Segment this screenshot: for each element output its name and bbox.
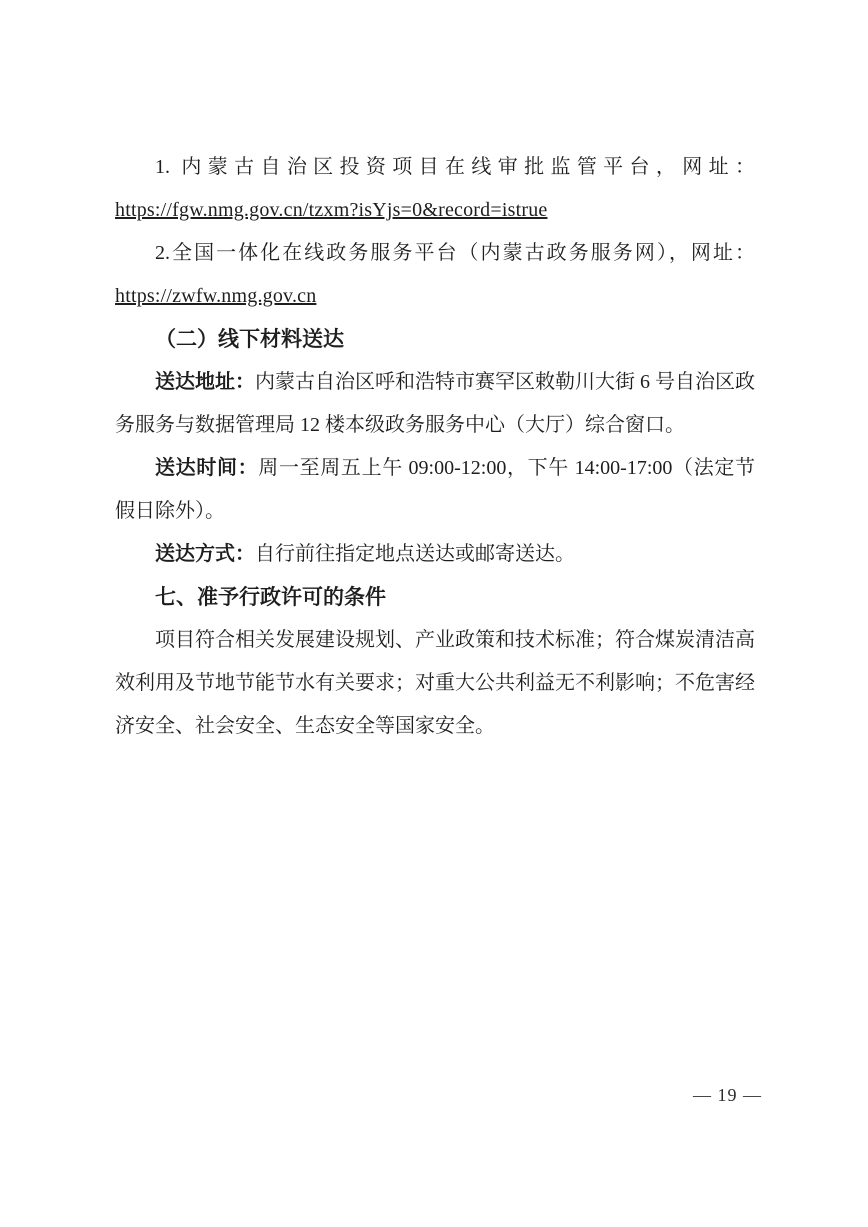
zwfw-platform-link[interactable]: https://zwfw.nmg.gov.cn <box>115 285 316 307</box>
paragraph-platform-2: 2.全国一体化在线政务服务平台（内蒙古政务服务网），网址： <box>115 232 755 275</box>
delivery-address-label: 送达地址： <box>155 371 255 393</box>
delivery-method-text: 自行前往指定地点送达或邮寄送达。 <box>255 543 575 565</box>
heading-offline-delivery: （二）线下材料送达 <box>115 318 755 361</box>
paragraph-delivery-method: 送达方式：自行前往指定地点送达或邮寄送达。 <box>115 533 755 576</box>
document-body: 1. 内蒙古自治区投资项目在线审批监管平台，网址： https://fgw.nm… <box>115 146 755 748</box>
heading-approval-conditions: 七、准予行政许可的条件 <box>115 576 755 619</box>
paragraph-url-2: https://zwfw.nmg.gov.cn <box>115 275 755 318</box>
fgw-platform-link[interactable]: https://fgw.nmg.gov.cn/tzxm?isYjs=0&reco… <box>115 199 547 221</box>
document-page: 1. 内蒙古自治区投资项目在线审批监管平台，网址： https://fgw.nm… <box>0 0 868 1227</box>
delivery-time-label: 送达时间： <box>155 457 258 479</box>
paragraph-url-1: https://fgw.nmg.gov.cn/tzxm?isYjs=0&reco… <box>115 189 755 232</box>
page-number: — 19 — <box>693 1085 762 1105</box>
delivery-method-label: 送达方式： <box>155 543 255 565</box>
page-footer: — 19 — <box>693 1085 762 1106</box>
paragraph-platform-1: 1. 内蒙古自治区投资项目在线审批监管平台，网址： <box>115 146 755 189</box>
paragraph-approval-conditions: 项目符合相关发展建设规划、产业政策和技术标准；符合煤炭清洁高效利用及节地节能节水… <box>115 619 755 748</box>
paragraph-delivery-time: 送达时间：周一至周五上午 09:00-12:00，下午 14:00-17:00（… <box>115 447 755 533</box>
paragraph-delivery-address: 送达地址：内蒙古自治区呼和浩特市赛罕区敕勒川大街 6 号自治区政务服务与数据管理… <box>115 361 755 447</box>
